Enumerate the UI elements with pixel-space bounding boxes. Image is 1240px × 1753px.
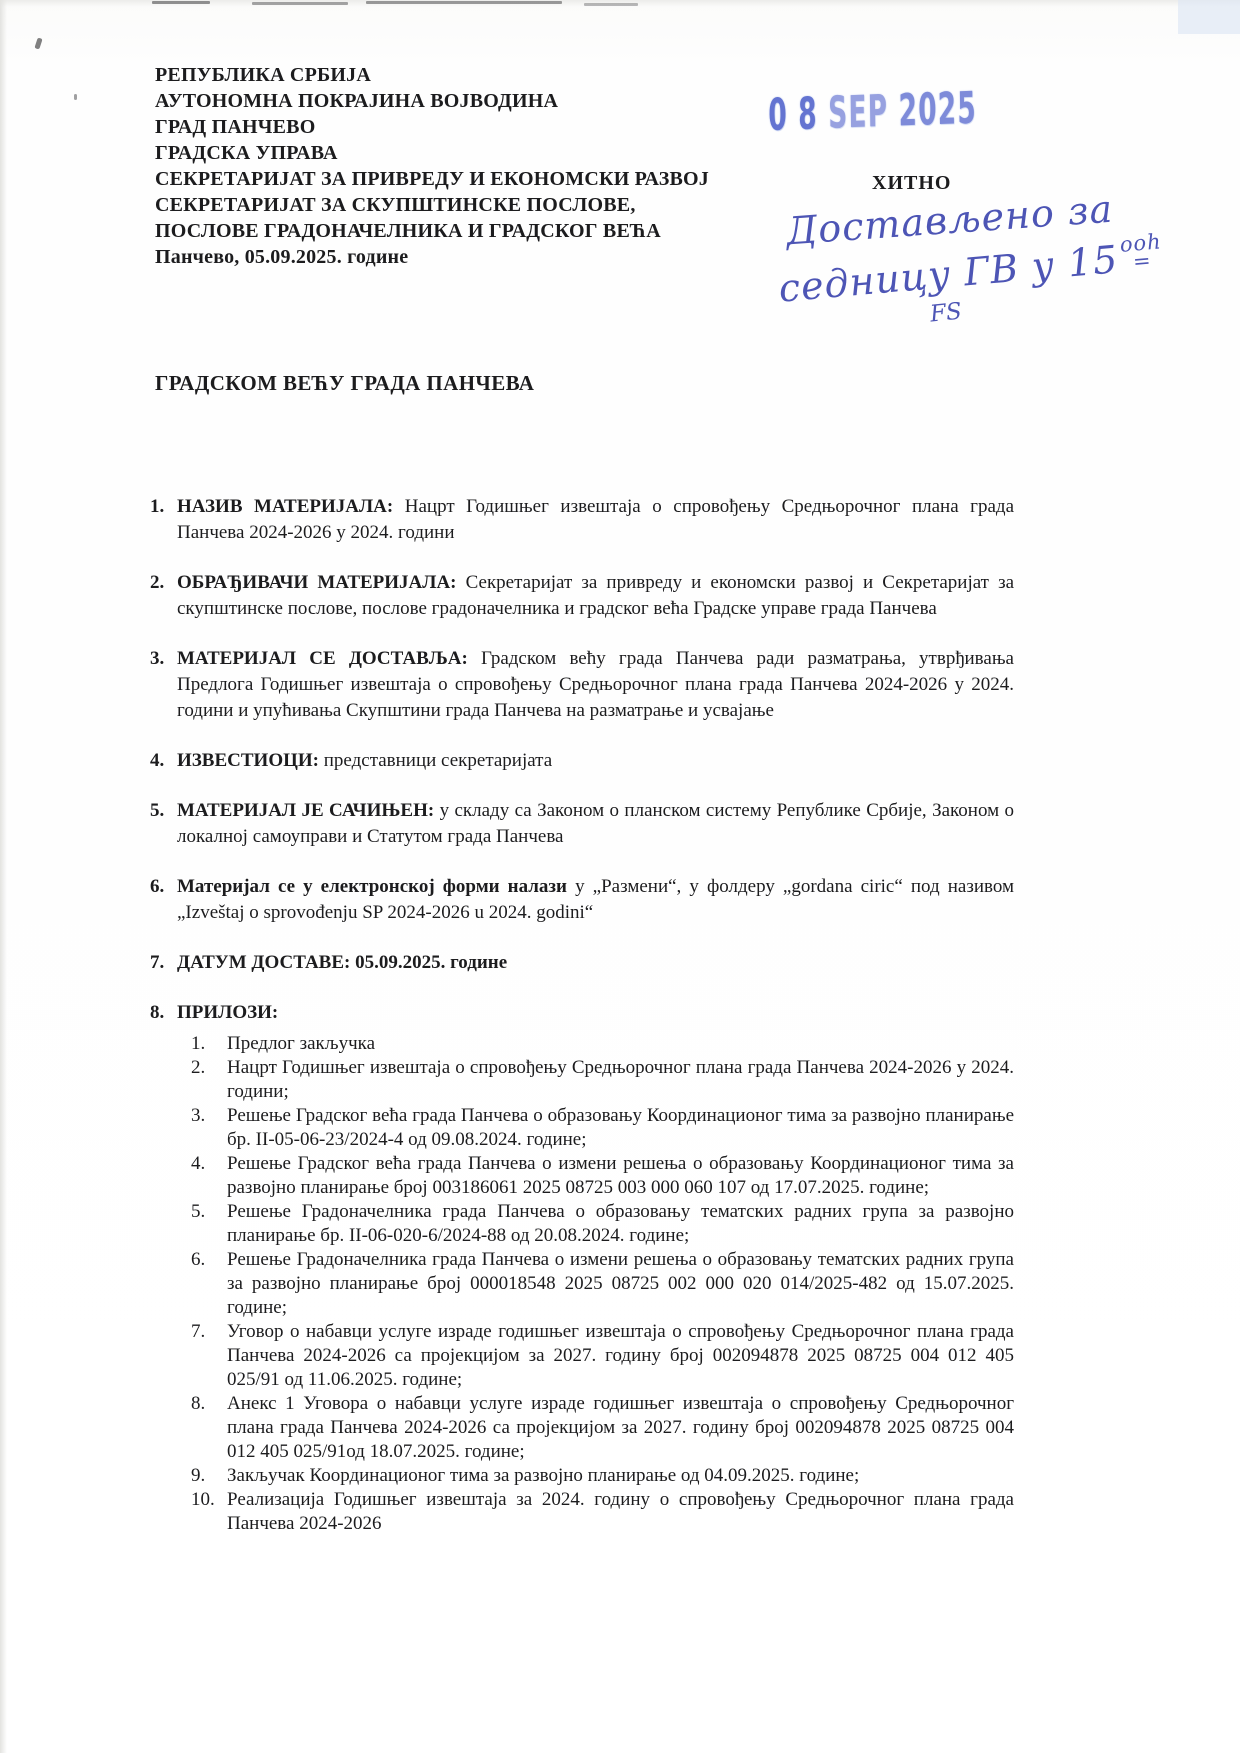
attachment-item: 7. Уговор о набавци услуге израде годишњ…: [177, 1320, 1014, 1392]
attachment-number: 3.: [191, 1104, 227, 1152]
item-text: представници секретаријата: [324, 750, 552, 771]
letterhead-line: АУТОНОМНА ПОКРАЈИНА ВОЈВОДИНА: [155, 88, 775, 114]
scan-artifact: [1178, 0, 1240, 34]
attachment-number: 8.: [191, 1392, 227, 1464]
letterhead-line: ГРАДСКА УПРАВА: [155, 140, 775, 166]
letterhead-line: СЕКРЕТАРИЈАТ ЗА СКУПШТИНСКЕ ПОСЛОВЕ,: [155, 192, 775, 218]
date-stamp-year: 2025: [898, 83, 977, 137]
scan-artifact: [366, 1, 562, 4]
scan-artifact: [152, 1, 210, 4]
letterhead: РЕПУБЛИКА СРБИЈА АУТОНОМНА ПОКРАЈИНА ВОЈ…: [155, 62, 775, 270]
numbered-item: 8. ПРИЛОЗИ: 1. Предлог закључка 2. Нацрт…: [150, 1000, 1014, 1536]
date-stamp-day: 0 8: [768, 88, 818, 141]
letterhead-date-line: Панчево, 05.09.2025. године: [155, 244, 775, 270]
date-stamp-month: SEP: [828, 86, 889, 139]
item-label: ОБРАЂИВАЧИ МАТЕРИЈАЛА:: [177, 572, 457, 593]
handwritten-equals: =: [1132, 252, 1152, 271]
attachment-item: 1. Предлог закључка: [177, 1032, 1014, 1056]
item-number: 4.: [150, 748, 177, 774]
letterhead-line: ГРАД ПАНЧЕВО: [155, 114, 775, 140]
item-number: 7.: [150, 950, 177, 976]
attachment-item: 3. Решење Градског већа града Панчева о …: [177, 1104, 1014, 1152]
item-label: НАЗИВ МАТЕРИЈАЛА:: [177, 496, 393, 517]
item-label: МАТЕРИЈАЛ СЕ ДОСТАВЉА:: [177, 648, 468, 669]
scan-artifact: [34, 37, 42, 49]
scan-artifact: [584, 3, 638, 6]
handwritten-time-mark: ooh=: [1119, 233, 1164, 272]
attachment-item: 10. Реализација Годишњег извештаја за 20…: [177, 1488, 1014, 1536]
attachment-text: Реализација Годишњег извештаја за 2024. …: [227, 1488, 1014, 1536]
item-number: 2.: [150, 570, 177, 622]
attachment-text: Уговор о набавци услуге израде годишњег …: [227, 1320, 1014, 1392]
attachment-text: Предлог закључка: [227, 1032, 1014, 1056]
numbered-item: 5. МАТЕРИЈАЛ ЈЕ САЧИЊЕН: у складу са Зак…: [150, 798, 1014, 850]
attachment-item: 9. Закључак Координационог тима за разво…: [177, 1464, 1014, 1488]
date-stamp: 0 8 SEP 2025: [768, 87, 977, 138]
attachment-text: Решење Градоначелника града Панчева о из…: [227, 1248, 1014, 1320]
attachment-number: 6.: [191, 1248, 227, 1320]
attachment-item: 5. Решење Градоначелника града Панчева о…: [177, 1200, 1014, 1248]
numbered-item: 6. Материјал се у електронској форми нал…: [150, 874, 1014, 926]
scan-artifact: [74, 94, 77, 100]
attachment-number: 7.: [191, 1320, 227, 1392]
attachments-list: 1. Предлог закључка 2. Нацрт Годишњег из…: [177, 1032, 1014, 1536]
attachment-text: Решење Градоначелника града Панчева о об…: [227, 1200, 1014, 1248]
item-number: 8.: [150, 1000, 177, 1536]
attachment-text: Решење Градског већа града Панчева о изм…: [227, 1152, 1014, 1200]
letterhead-line: СЕКРЕТАРИЈАТ ЗА ПРИВРЕДУ И ЕКОНОМСКИ РАЗ…: [155, 166, 775, 192]
attachment-item: 8. Анекс 1 Уговора о набавци услуге изра…: [177, 1392, 1014, 1464]
handwritten-initials: FS: [929, 298, 963, 327]
attachment-item: 2. Нацрт Годишњег извештаја о спровођењу…: [177, 1056, 1014, 1104]
numbered-item: 3. МАТЕРИЈАЛ СЕ ДОСТАВЉА: Градском већу …: [150, 646, 1014, 724]
attachment-text: Решење Градског већа града Панчева о обр…: [227, 1104, 1014, 1152]
item-number: 1.: [150, 494, 177, 546]
numbered-item: 4. ИЗВЕСТИОЦИ: представници секретаријат…: [150, 748, 1014, 774]
numbered-item: 1. НАЗИВ МАТЕРИЈАЛА: Нацрт Годишњег изве…: [150, 494, 1014, 546]
letterhead-line: РЕПУБЛИКА СРБИЈА: [155, 62, 775, 88]
item-number: 5.: [150, 798, 177, 850]
item-label: МАТЕРИЈАЛ ЈЕ САЧИЊЕН:: [177, 800, 434, 821]
attachment-item: 6. Решење Градоначелника града Панчева о…: [177, 1248, 1014, 1320]
attachment-number: 10.: [191, 1488, 227, 1536]
item-label: Материјал се у електронској форми налази: [177, 876, 567, 897]
attachment-text: Нацрт Годишњег извештаја о спровођењу Ср…: [227, 1056, 1014, 1104]
attachment-number: 2.: [191, 1056, 227, 1104]
attachment-text: Анекс 1 Уговора о набавци услуге израде …: [227, 1392, 1014, 1464]
item-number: 6.: [150, 874, 177, 926]
letterhead-line: ПОСЛОВЕ ГРАДОНАЧЕЛНИКА И ГРАДСКОГ ВЕЋА: [155, 218, 775, 244]
attachment-number: 5.: [191, 1200, 227, 1248]
attachment-number: 4.: [191, 1152, 227, 1200]
numbered-item: 2. ОБРАЂИВАЧИ МАТЕРИЈАЛА: Секретаријат з…: [150, 570, 1014, 622]
urgent-label: ХИТНО: [872, 172, 951, 195]
item-number: 3.: [150, 646, 177, 724]
attachment-number: 1.: [191, 1032, 227, 1056]
attachment-item: 4. Решење Градског већа града Панчева о …: [177, 1152, 1014, 1200]
document-body: 1. НАЗИВ МАТЕРИЈАЛА: Нацрт Годишњег изве…: [150, 494, 1014, 1536]
item-label: ПРИЛОЗИ:: [177, 1002, 278, 1023]
numbered-item: 7. ДАТУМ ДОСТАВЕ: 05.09.2025. године: [150, 950, 1014, 976]
scan-artifact: [252, 2, 348, 5]
scan-edge-left: [0, 0, 7, 1753]
attachment-text: Закључак Координационог тима за развојно…: [227, 1464, 1014, 1488]
document-page: РЕПУБЛИКА СРБИЈА АУТОНОМНА ПОКРАЈИНА ВОЈ…: [0, 0, 1240, 1753]
item-label: ИЗВЕСТИОЦИ:: [177, 750, 319, 771]
addressee: ГРАДСКОМ ВЕЋУ ГРАДА ПАНЧЕВА: [155, 371, 534, 396]
item-text: 05.09.2025. године: [355, 952, 507, 973]
attachment-number: 9.: [191, 1464, 227, 1488]
item-label: ДАТУМ ДОСТАВЕ:: [177, 952, 350, 973]
